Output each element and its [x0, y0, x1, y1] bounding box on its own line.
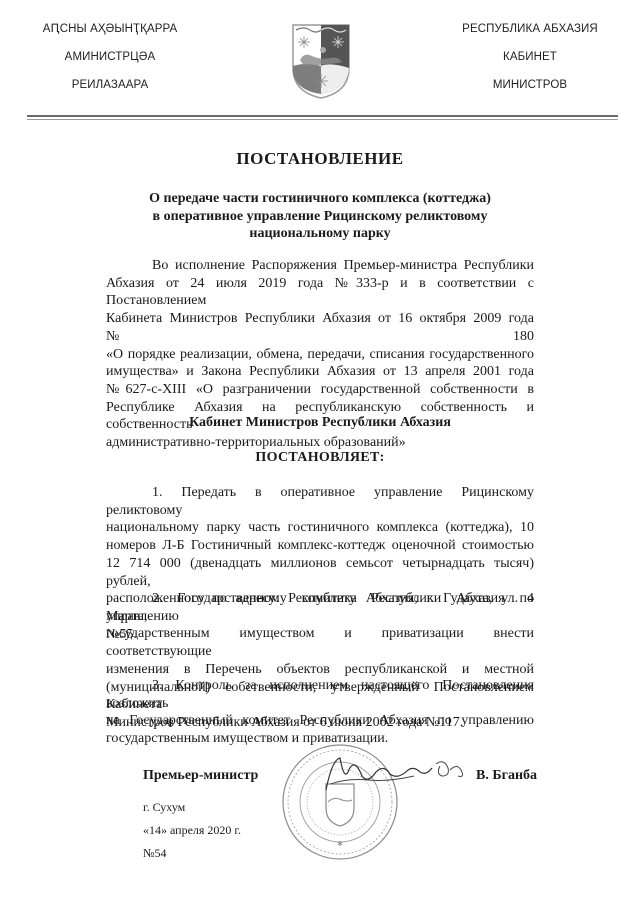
decree-line: изменения в Перечень объектов республика…	[106, 661, 534, 679]
preamble-line: Во исполнение Распоряжения Премьер-минис…	[106, 257, 534, 275]
decree-line: номеров Л-Б Гостиничный комплекс-коттедж…	[106, 537, 534, 555]
decree-line: национальному парку часть гостиничного к…	[106, 519, 534, 537]
subtitle-line: О передаче части гостиничного комплекса …	[100, 190, 540, 208]
decree-line: государственным имуществом и приватизаци…	[106, 625, 534, 660]
signatory-name: В. Бганба	[476, 768, 537, 784]
signatory-role: Премьер-министр	[143, 768, 258, 784]
coat-of-arms-icon	[290, 22, 352, 100]
svg-text:✱: ✱	[337, 840, 343, 848]
issuer-heading: Кабинет Министров Республики Абхазия	[0, 415, 640, 431]
header-russian: РЕСПУБЛИКА АБХАЗИЯ КАБИНЕТ МИНИСТРОВ	[440, 22, 620, 106]
issue-date: «14» апреля 2020 г.	[143, 823, 241, 838]
preamble-line: Кабинета Министров Республики Абхазия от…	[106, 310, 534, 345]
decree-line: 1. Передать в оперативное управление Риц…	[106, 484, 534, 519]
issue-city: г. Сухум	[143, 800, 185, 815]
header-right-line-3: МИНИСТРОВ	[440, 78, 620, 106]
subtitle-line: национальному парку	[100, 225, 540, 243]
document-number: №54	[143, 846, 166, 861]
preamble-line: №627-с-XIII «О разграничении государстве…	[106, 381, 534, 399]
document-subtitle: О передаче части гостиничного комплекса …	[100, 190, 540, 243]
decree-line: 12 714 000 (двенадцать миллионов семьсот…	[106, 555, 534, 590]
header-divider-thin	[27, 119, 618, 120]
header-left-line-1: АԤСНЫ АҲӘЫНҬҚАРРА	[30, 22, 190, 50]
decree-line: 2. Государственному комитету Республики …	[106, 590, 534, 625]
header-abkhaz: АԤСНЫ АҲӘЫНҬҚАРРА АМИНИСТРЦӘА РЕИЛАЗААРА	[30, 22, 190, 106]
decree-item-3: 3. Контроль за исполнением настоящего По…	[106, 677, 534, 748]
decree-line: на Государственный комитет Республики Аб…	[106, 712, 534, 730]
decree-line: 3. Контроль за исполнением настоящего По…	[106, 677, 534, 712]
header-left-line-2: АМИНИСТРЦӘА	[30, 50, 190, 78]
handwritten-signature-icon	[318, 750, 478, 798]
header-right-line-1: РЕСПУБЛИКА АБХАЗИЯ	[440, 22, 620, 50]
subtitle-line: в оперативное управление Рицинскому рели…	[100, 208, 540, 226]
header-left-line-3: РЕИЛАЗААРА	[30, 78, 190, 106]
header-right-line-2: КАБИНЕТ	[440, 50, 620, 78]
preamble-line: имущества» и Закона Республики Абхазия о…	[106, 363, 534, 381]
preamble-line: Абхазия от 24 июля 2019 года №333-р и в …	[106, 275, 534, 310]
document-page: АԤСНЫ АҲӘЫНҬҚАРРА АМИНИСТРЦӘА РЕИЛАЗААРА…	[0, 0, 640, 905]
decrees-heading: ПОСТАНОВЛЯЕТ:	[0, 450, 640, 466]
preamble-line: «О порядке реализации, обмена, передачи,…	[106, 346, 534, 364]
header-divider-thick	[27, 115, 618, 117]
document-title: ПОСТАНОВЛЕНИЕ	[0, 149, 640, 169]
